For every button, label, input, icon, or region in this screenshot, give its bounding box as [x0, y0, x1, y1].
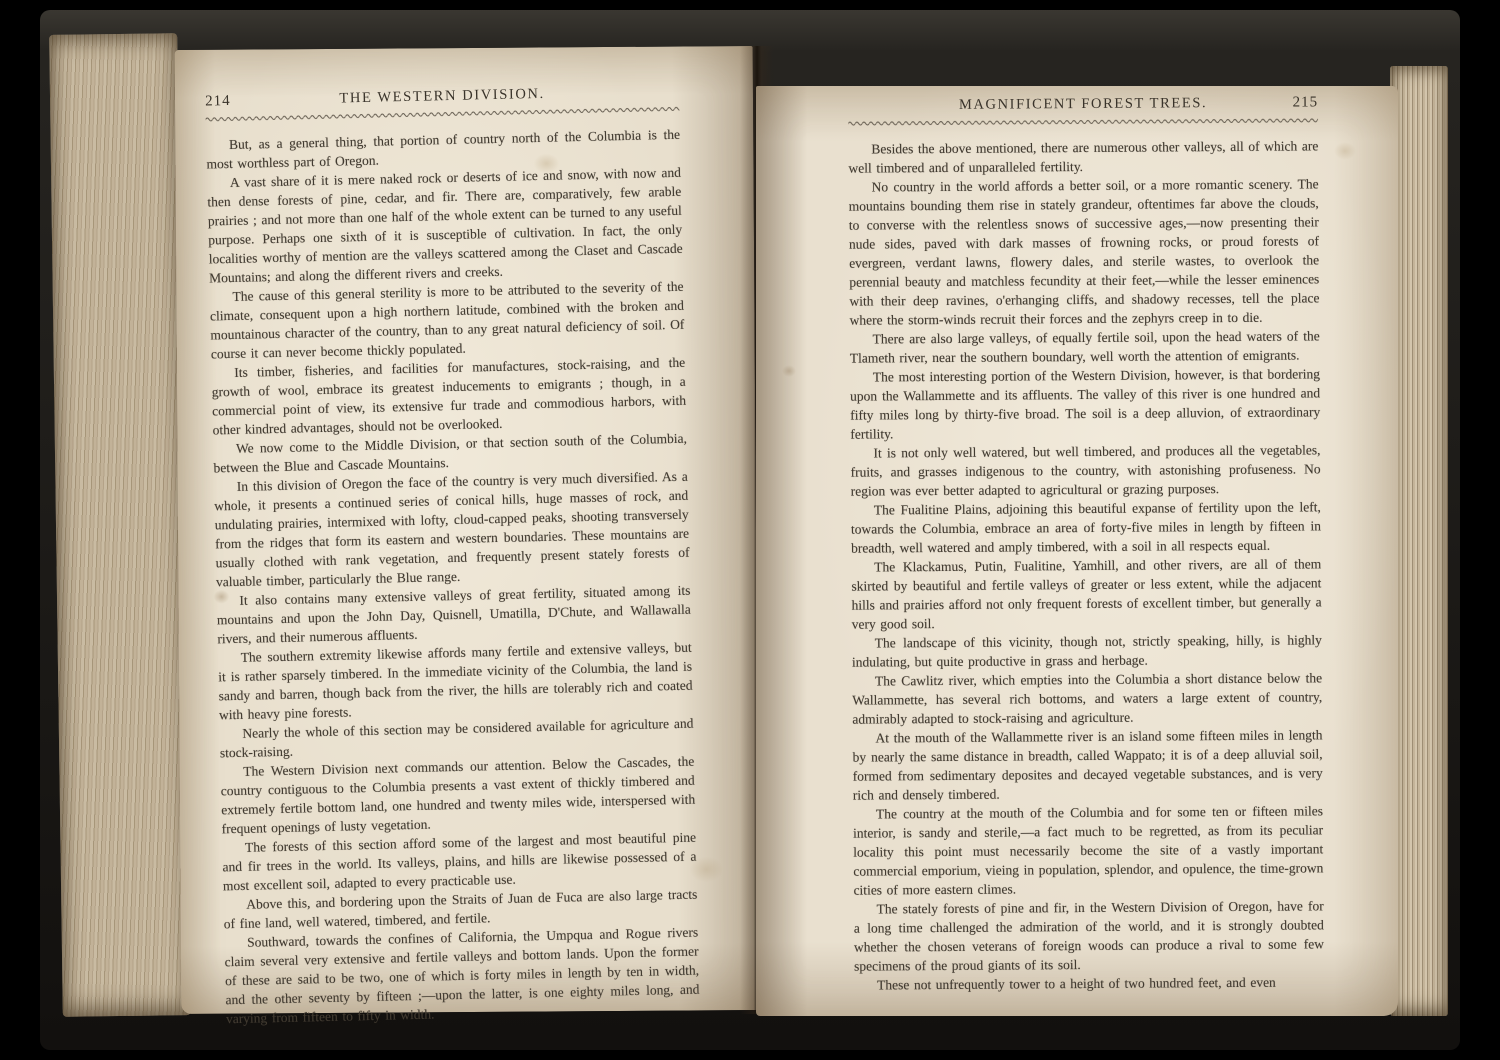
- paragraph: The landscape of this vicinity, though n…: [852, 630, 1322, 671]
- right-page-body: Besides the above mentioned, there are n…: [848, 136, 1324, 994]
- right-page: MAGNIFICENT FOREST TREES. 215 Besides th…: [756, 86, 1398, 1016]
- header-rule-right: [848, 116, 1318, 126]
- paragraph: The forests of this section afford some …: [222, 828, 697, 896]
- paragraph: The most interesting portion of the West…: [850, 364, 1321, 443]
- left-page-content: 214 THE WESTERN DIVISION. But, as a gene…: [205, 83, 700, 1029]
- running-header-left: THE WESTERN DIVISION.: [265, 84, 619, 109]
- paragraph: No country in the world affords a better…: [849, 174, 1320, 329]
- header-spacer: [619, 95, 679, 96]
- page-number-left: 214: [205, 92, 265, 110]
- right-page-content: MAGNIFICENT FOREST TREES. 215 Besides th…: [848, 94, 1324, 994]
- paragraph: The southern extremity likewise affords …: [218, 638, 694, 725]
- paragraph: The cause of this general sterility is m…: [209, 277, 685, 364]
- paragraph: These not unfrequently tower to a height…: [854, 972, 1324, 994]
- paragraph: The Western Division next commands our a…: [220, 752, 696, 839]
- paragraph: A vast share of it is mere naked rock or…: [207, 163, 683, 288]
- paragraph: The country at the mouth of the Columbia…: [853, 801, 1324, 899]
- page-edges-left: [49, 33, 191, 1017]
- paragraph: Besides the above mentioned, there are n…: [848, 136, 1318, 177]
- right-page-header: MAGNIFICENT FOREST TREES. 215: [848, 94, 1318, 114]
- paragraph: It is not only well watered, but well ti…: [850, 440, 1320, 500]
- paragraph: The stately forests of pine and fir, in …: [854, 896, 1325, 975]
- left-page-body: But, as a general thing, that portion of…: [206, 125, 700, 1029]
- book-photo: 214 THE WESTERN DIVISION. But, as a gene…: [0, 0, 1500, 1060]
- page-edges-right: [1390, 66, 1448, 1016]
- paragraph: Its timber, fisheries, and facilities fo…: [211, 353, 687, 440]
- page-number-right: 215: [1258, 94, 1318, 111]
- paragraph: In this division of Oregon the face of t…: [214, 467, 690, 592]
- paragraph: It also contains many extensive valleys …: [216, 581, 691, 649]
- paragraph: The Fualitine Plains, adjoining this bea…: [851, 497, 1321, 557]
- running-header-right: MAGNIFICENT FOREST TREES.: [908, 95, 1258, 114]
- paragraph: The Cawlitz river, which empties into th…: [852, 668, 1322, 728]
- paragraph: At the mouth of the Wallammette river is…: [852, 725, 1323, 804]
- page-stain: [1334, 142, 1356, 160]
- paragraph: Southward, towards the confines of Calif…: [224, 923, 700, 1029]
- paragraph: There are also large valleys, of equally…: [850, 326, 1320, 367]
- page-stain: [782, 365, 796, 377]
- left-page: 214 THE WESTERN DIVISION. But, as a gene…: [175, 46, 760, 1014]
- paragraph: The Klackamus, Putin, Fualitine, Yamhill…: [851, 554, 1322, 633]
